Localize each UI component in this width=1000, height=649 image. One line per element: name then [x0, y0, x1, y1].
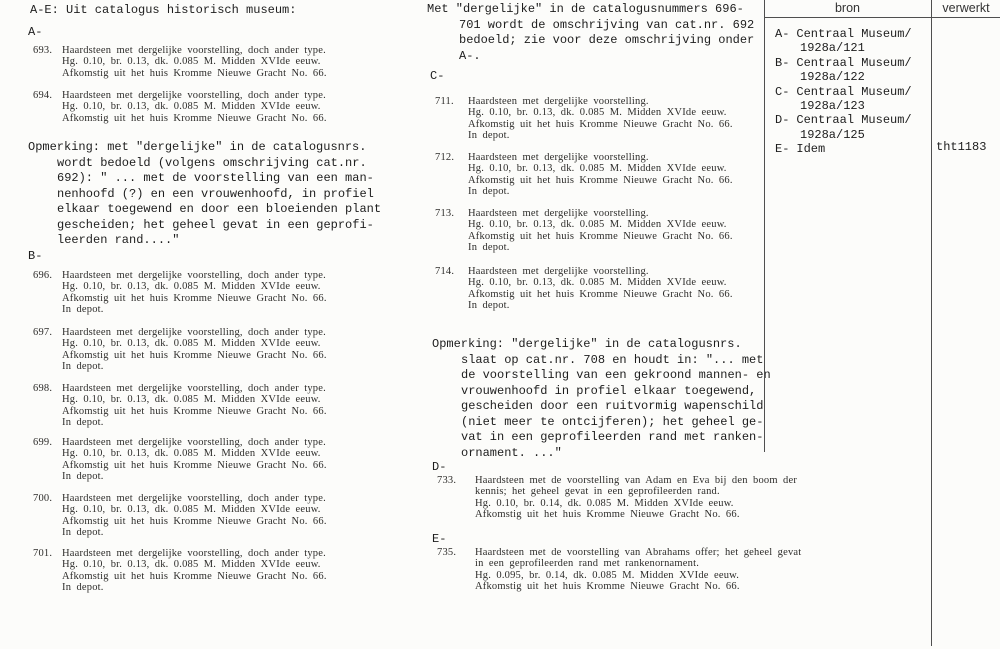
entry-number: 711. — [435, 96, 454, 107]
verwerkt-code: tht1183 — [936, 140, 986, 154]
entry-text: Haardsteen met dergelijke voorstelling, … — [62, 548, 327, 594]
section-label-c: C- — [430, 69, 444, 83]
bron-row-source: Idem — [796, 142, 825, 156]
remark-paragraph-a: Opmerking: met "dergelijke" in de catalo… — [28, 140, 381, 249]
entry-number: 698. — [33, 383, 52, 394]
entry-text: Haardsteen met dergelijke voorstelling, … — [62, 270, 327, 316]
section-label-e: E- — [432, 532, 446, 546]
bron-row-source: Centraal Museum/ — [796, 27, 911, 41]
entry-text: Haardsteen met de voorstelling van Abrah… — [475, 547, 801, 593]
bron-row-source: Centraal Museum/ — [796, 85, 911, 99]
bron-row-prefix: D- — [775, 113, 789, 127]
entry-number: 713. — [435, 208, 454, 219]
entry-number: 694. — [33, 90, 52, 101]
bron-row-prefix: B- — [775, 56, 789, 70]
bron-row-reference: 1928a/125 — [775, 128, 912, 142]
entry-number: 735. — [437, 547, 456, 558]
catalog-entry-714: 714. Haardsteen met dergelijke voorstell… — [435, 266, 733, 312]
entry-number: 693. — [33, 45, 52, 56]
catalog-entry-698: 698. Haardsteen met dergelijke voorstell… — [33, 383, 327, 429]
entry-number: 699. — [33, 437, 52, 448]
catalog-entry-693: 693. Haardsteen met dergelijke voorstell… — [33, 45, 327, 79]
catalog-entry-701: 701. Haardsteen met dergelijke voorstell… — [33, 548, 327, 594]
section-label-d: D- — [432, 460, 446, 474]
catalog-entry-712: 712. Haardsteen met dergelijke voorstell… — [435, 152, 733, 198]
bron-row-source: Centraal Museum/ — [796, 56, 911, 70]
bron-row-source: Centraal Museum/ — [796, 113, 911, 127]
catalog-entry-711: 711. Haardsteen met dergelijke voorstell… — [435, 96, 733, 142]
table-left-border — [764, 0, 765, 452]
catalog-entry-735: 735. Haardsteen met de voorstelling van … — [437, 547, 801, 593]
entry-text: Haardsteen met dergelijke voorstelling, … — [62, 493, 327, 539]
catalog-entry-700: 700. Haardsteen met dergelijke voorstell… — [33, 493, 327, 539]
scanned-catalog-card: A-E: Uit catalogus historisch museum: A-… — [0, 0, 1000, 649]
catalog-entry-733: 733. Haardsteen met de voorstelling van … — [437, 475, 797, 521]
entry-number: 733. — [437, 475, 456, 486]
entry-text: Haardsteen met dergelijke voorstelling.H… — [468, 152, 733, 198]
bron-row-reference: 1928a/123 — [775, 99, 912, 113]
section-label-a: A- — [28, 25, 42, 39]
bron-row-prefix: E- — [775, 142, 789, 156]
bron-row: E-Idem — [775, 142, 912, 156]
remark-paragraph-c: Opmerking: "dergelijke" in de catalogusn… — [432, 337, 771, 461]
entry-number: 701. — [33, 548, 52, 559]
bron-row: B-Centraal Museum/ — [775, 56, 912, 70]
entry-text: Haardsteen met dergelijke voorstelling, … — [62, 90, 327, 124]
column-header-verwerkt: verwerkt — [932, 1, 1000, 15]
table-column-divider — [931, 0, 932, 646]
bron-row-reference: 1928a/122 — [775, 70, 912, 84]
bron-row-reference: 1928a/121 — [775, 41, 912, 55]
catalog-entry-694: 694. Haardsteen met dergelijke voorstell… — [33, 90, 327, 124]
entry-number: 714. — [435, 266, 454, 277]
bron-row: C-Centraal Museum/ — [775, 85, 912, 99]
catalog-entry-696: 696. Haardsteen met dergelijke voorstell… — [33, 270, 327, 316]
entry-text: Haardsteen met dergelijke voorstelling.H… — [468, 208, 733, 254]
section-label-b: B- — [28, 249, 42, 263]
page-heading: A-E: Uit catalogus historisch museum: — [30, 3, 296, 19]
entry-text: Haardsteen met de voorstelling van Adam … — [475, 475, 797, 521]
catalog-entry-713: 713. Haardsteen met dergelijke voorstell… — [435, 208, 733, 254]
entry-text: Haardsteen met dergelijke voorstelling, … — [62, 383, 327, 429]
note-paragraph: Met "dergelijke" in de catalogusnummers … — [427, 2, 754, 64]
entry-text: Haardsteen met dergelijke voorstelling, … — [62, 327, 327, 373]
table-header-rule — [764, 17, 1000, 18]
catalog-entry-699: 699. Haardsteen met dergelijke voorstell… — [33, 437, 327, 483]
column-header-bron: bron — [764, 1, 931, 15]
bron-row: D-Centraal Museum/ — [775, 113, 912, 127]
entry-number: 696. — [33, 270, 52, 281]
bron-row: A-Centraal Museum/ — [775, 27, 912, 41]
entry-text: Haardsteen met dergelijke voorstelling.H… — [468, 96, 733, 142]
entry-text: Haardsteen met dergelijke voorstelling, … — [62, 45, 327, 79]
entry-number: 712. — [435, 152, 454, 163]
bron-row-prefix: A- — [775, 27, 789, 41]
entry-number: 697. — [33, 327, 52, 338]
entry-text: Haardsteen met dergelijke voorstelling.H… — [468, 266, 733, 312]
bron-list: A-Centraal Museum/ 1928a/121 B-Centraal … — [775, 27, 912, 157]
bron-row-prefix: C- — [775, 85, 789, 99]
entry-text: Haardsteen met dergelijke voorstelling, … — [62, 437, 327, 483]
catalog-entry-697: 697. Haardsteen met dergelijke voorstell… — [33, 327, 327, 373]
entry-number: 700. — [33, 493, 52, 504]
